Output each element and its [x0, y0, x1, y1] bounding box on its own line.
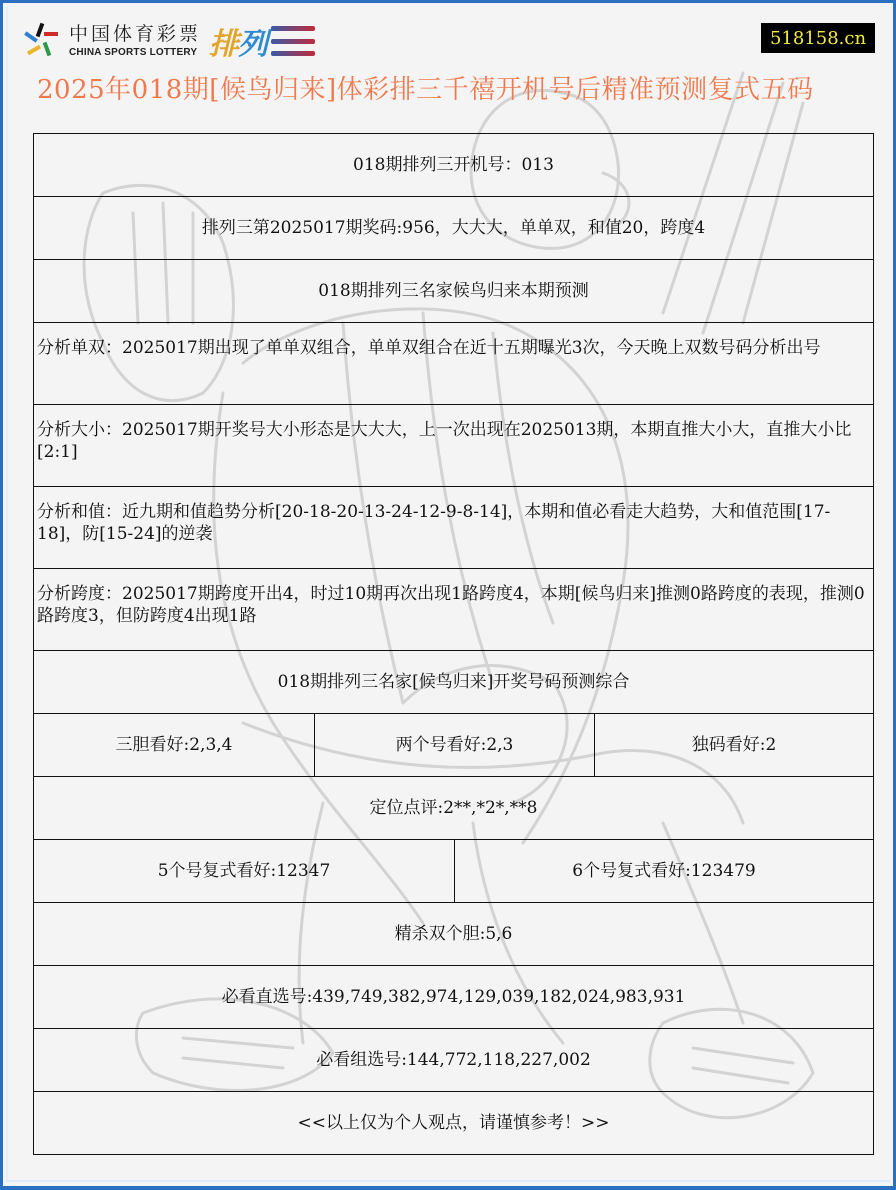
- pailie-san-brand-logo: 排 列: [209, 19, 315, 63]
- two-numbers-cell: 两个号看好:2,3: [314, 714, 594, 776]
- machine-number-cell: 018期排列三开机号：013: [34, 134, 874, 197]
- table-row: 018期排列三开机号：013: [34, 134, 874, 197]
- analysis-odd-even-cell: 分析单双：2025017期出现了单单双组合，单单双组合在近十五期曝光3次，今天晚…: [34, 323, 874, 405]
- table-row: 分析跨度：2025017期跨度开出4，时过10期再次出现1路跨度4，本期[候鸟归…: [34, 569, 874, 651]
- three-dan-cell: 三胆看好:2,3,4: [34, 714, 314, 776]
- table-row: 018期排列三名家候鸟归来本期预测: [34, 260, 874, 323]
- table-row: 必看组选号:144,772,118,227,002: [34, 1029, 874, 1092]
- table-row: <<以上仅为个人观点，请谨慎参考！>>: [34, 1092, 874, 1155]
- page-title: 2025年018期[候鸟归来]体彩排三千禧开机号后精准预测复式五码: [37, 69, 877, 106]
- brand-char-1: 排: [209, 19, 238, 63]
- logo-cn-text: 中国体育彩票: [69, 25, 201, 44]
- summary-heading-cell: 018期排列三名家[候鸟归来]开奖号码预测综合: [34, 651, 874, 714]
- header: 中国体育彩票 CHINA SPORTS LOTTERY 排 列: [21, 19, 315, 63]
- three-column-row: 三胆看好:2,3,4 两个号看好:2,3 独码看好:2: [34, 714, 874, 777]
- table-row: 分析和值：近九期和值趋势分析[20-18-20-13-24-12-9-8-14]…: [34, 487, 874, 569]
- five-combo-cell: 5个号复式看好:12347: [34, 840, 454, 902]
- single-code-cell: 独码看好:2: [594, 714, 873, 776]
- logo-text: 中国体育彩票 CHINA SPORTS LOTTERY: [69, 25, 201, 58]
- group-picks-cell: 必看组选号:144,772,118,227,002: [34, 1029, 874, 1092]
- page-frame: 中国体育彩票 CHINA SPORTS LOTTERY 排 列 518158.c…: [0, 0, 896, 1190]
- last-draw-cell: 排列三第2025017期奖码:956，大大大，单单双，和值20，跨度4: [34, 197, 874, 260]
- brand-san-stripes-icon: [271, 26, 315, 56]
- analysis-span-cell: 分析跨度：2025017期跨度开出4，时过10期再次出现1路跨度4，本期[候鸟归…: [34, 569, 874, 651]
- table-row: 分析单双：2025017期出现了单单双组合，单单双组合在近十五期曝光3次，今天晚…: [34, 323, 874, 405]
- prediction-table: 018期排列三开机号：013 排列三第2025017期奖码:956，大大大，单单…: [33, 133, 874, 1155]
- position-cell: 定位点评:2**,*2*,**8: [34, 777, 874, 840]
- disclaimer-cell: <<以上仅为个人观点，请谨慎参考！>>: [34, 1092, 874, 1155]
- direct-picks-cell: 必看直选号:439,749,382,974,129,039,182,024,98…: [34, 966, 874, 1029]
- table-row: 排列三第2025017期奖码:956，大大大，单单双，和值20，跨度4: [34, 197, 874, 260]
- table-row: 三胆看好:2,3,4 两个号看好:2,3 独码看好:2: [34, 714, 874, 777]
- table-row: 必看直选号:439,749,382,974,129,039,182,024,98…: [34, 966, 874, 1029]
- table-row: 定位点评:2**,*2*,**8: [34, 777, 874, 840]
- logo-en-text: CHINA SPORTS LOTTERY: [69, 48, 201, 58]
- analysis-size-cell: 分析大小：2025017期开奖号大小形态是大大大，上一次出现在2025013期，…: [34, 405, 874, 487]
- prediction-heading-cell: 018期排列三名家候鸟归来本期预测: [34, 260, 874, 323]
- table-row: 精杀双个胆:5,6: [34, 903, 874, 966]
- kill-double-cell: 精杀双个胆:5,6: [34, 903, 874, 966]
- china-sports-lottery-logo-icon: [21, 20, 63, 62]
- brand-char-2: 列: [238, 19, 267, 63]
- analysis-sum-cell: 分析和值：近九期和值趋势分析[20-18-20-13-24-12-9-8-14]…: [34, 487, 874, 569]
- six-combo-cell: 6个号复式看好:123479: [454, 840, 873, 902]
- table-row: 5个号复式看好:12347 6个号复式看好:123479: [34, 840, 874, 903]
- table-row: 分析大小：2025017期开奖号大小形态是大大大，上一次出现在2025013期，…: [34, 405, 874, 487]
- table-row: 018期排列三名家[候鸟归来]开奖号码预测综合: [34, 651, 874, 714]
- two-column-row: 5个号复式看好:12347 6个号复式看好:123479: [34, 840, 874, 903]
- site-badge[interactable]: 518158.cn: [761, 23, 875, 53]
